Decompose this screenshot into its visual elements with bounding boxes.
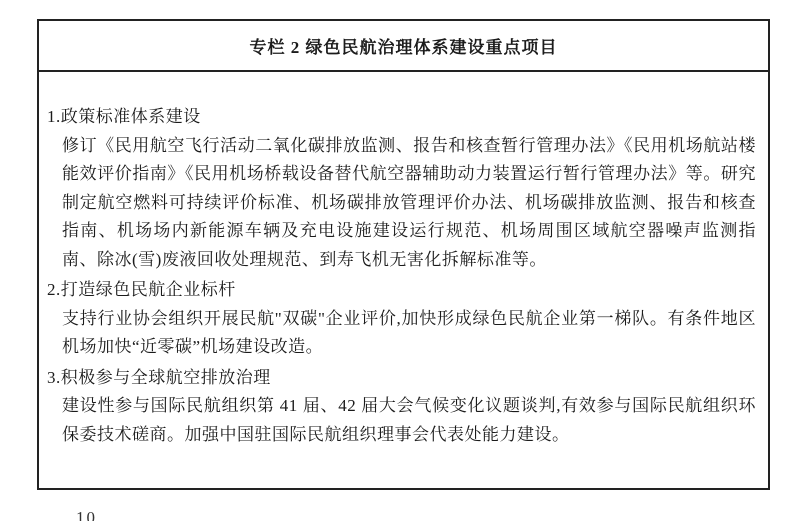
section-policy-standards: 1.政策标准体系建设 修订《民用航空飞行活动二氧化碳排放监测、报告和核查暂行管理… <box>47 103 756 274</box>
page-number: 10 <box>76 508 97 521</box>
section-heading: 3.积极参与全球航空排放治理 <box>47 364 756 393</box>
column-box: 专栏 2 绿色民航治理体系建设重点项目 1.政策标准体系建设 修订《民用航空飞行… <box>37 19 770 490</box>
section-paragraph: 建设性参与国际民航组织第 41 届、42 届大会气候变化议题谈判,有效参与国际民… <box>62 392 756 449</box>
section-global-governance: 3.积极参与全球航空排放治理 建设性参与国际民航组织第 41 届、42 届大会气… <box>47 364 756 450</box>
box-body: 1.政策标准体系建设 修订《民用航空飞行活动二氧化碳排放监测、报告和核查暂行管理… <box>39 72 768 449</box>
section-paragraph: 支持行业协会组织开展民航"双碳"企业评价,加快形成绿色民航企业第一梯队。有条件地… <box>62 305 756 362</box>
section-heading: 1.政策标准体系建设 <box>47 103 756 132</box>
box-title-bar: 专栏 2 绿色民航治理体系建设重点项目 <box>39 21 768 72</box>
section-heading: 2.打造绿色民航企业标杆 <box>47 276 756 305</box>
section-paragraph: 修订《民用航空飞行活动二氧化碳排放监测、报告和核查暂行管理办法》《民用机场航站楼… <box>62 132 756 275</box>
section-enterprise-benchmark: 2.打造绿色民航企业标杆 支持行业协会组织开展民航"双碳"企业评价,加快形成绿色… <box>47 276 756 362</box>
box-title: 专栏 2 绿色民航治理体系建设重点项目 <box>250 33 558 58</box>
